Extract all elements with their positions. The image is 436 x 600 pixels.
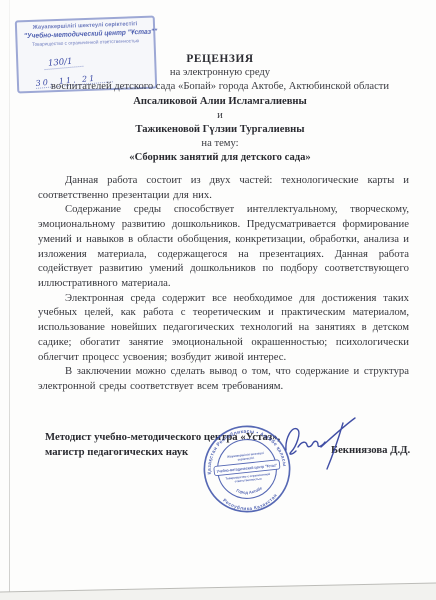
handwritten-signature <box>281 416 369 472</box>
round-stamp-org-kk-2: серіктестігі <box>237 456 254 462</box>
scan-left-edge <box>9 0 10 600</box>
paragraph: В заключении можно сделать вывод о том, … <box>38 364 409 393</box>
topic-label: на тему: <box>20 137 420 151</box>
round-stamp-city: Город Актобе <box>235 485 264 496</box>
author-2: Тажикеновой Гүлзии Тургалиевны <box>20 123 420 137</box>
paragraph: Данная работа состоит из двух частей: те… <box>38 173 409 202</box>
paragraph: Электронная среда содержит все необходим… <box>38 291 409 365</box>
round-stamp-arc-bottom: Республика Казахстан <box>222 492 280 514</box>
header-conjunction: и <box>20 109 420 123</box>
page-bottom-edge <box>0 575 436 600</box>
header-subtitle: на электронную среду <box>20 66 420 80</box>
topic-title: «Сборник занятий для детского сада» <box>20 151 420 165</box>
document-header: РЕЦЕНЗИЯ на электронную среду воспитател… <box>20 52 420 166</box>
document-body: Данная работа состоит из двух частей: те… <box>38 173 409 394</box>
paragraph: Содержание среды способствует интеллекту… <box>38 202 409 290</box>
document-title: РЕЦЕНЗИЯ <box>20 52 420 66</box>
header-audience: воспитателей детского сада «Бопай» город… <box>20 80 420 94</box>
author-1: Апсаликовой Алии Исламгалиевны <box>20 95 420 109</box>
